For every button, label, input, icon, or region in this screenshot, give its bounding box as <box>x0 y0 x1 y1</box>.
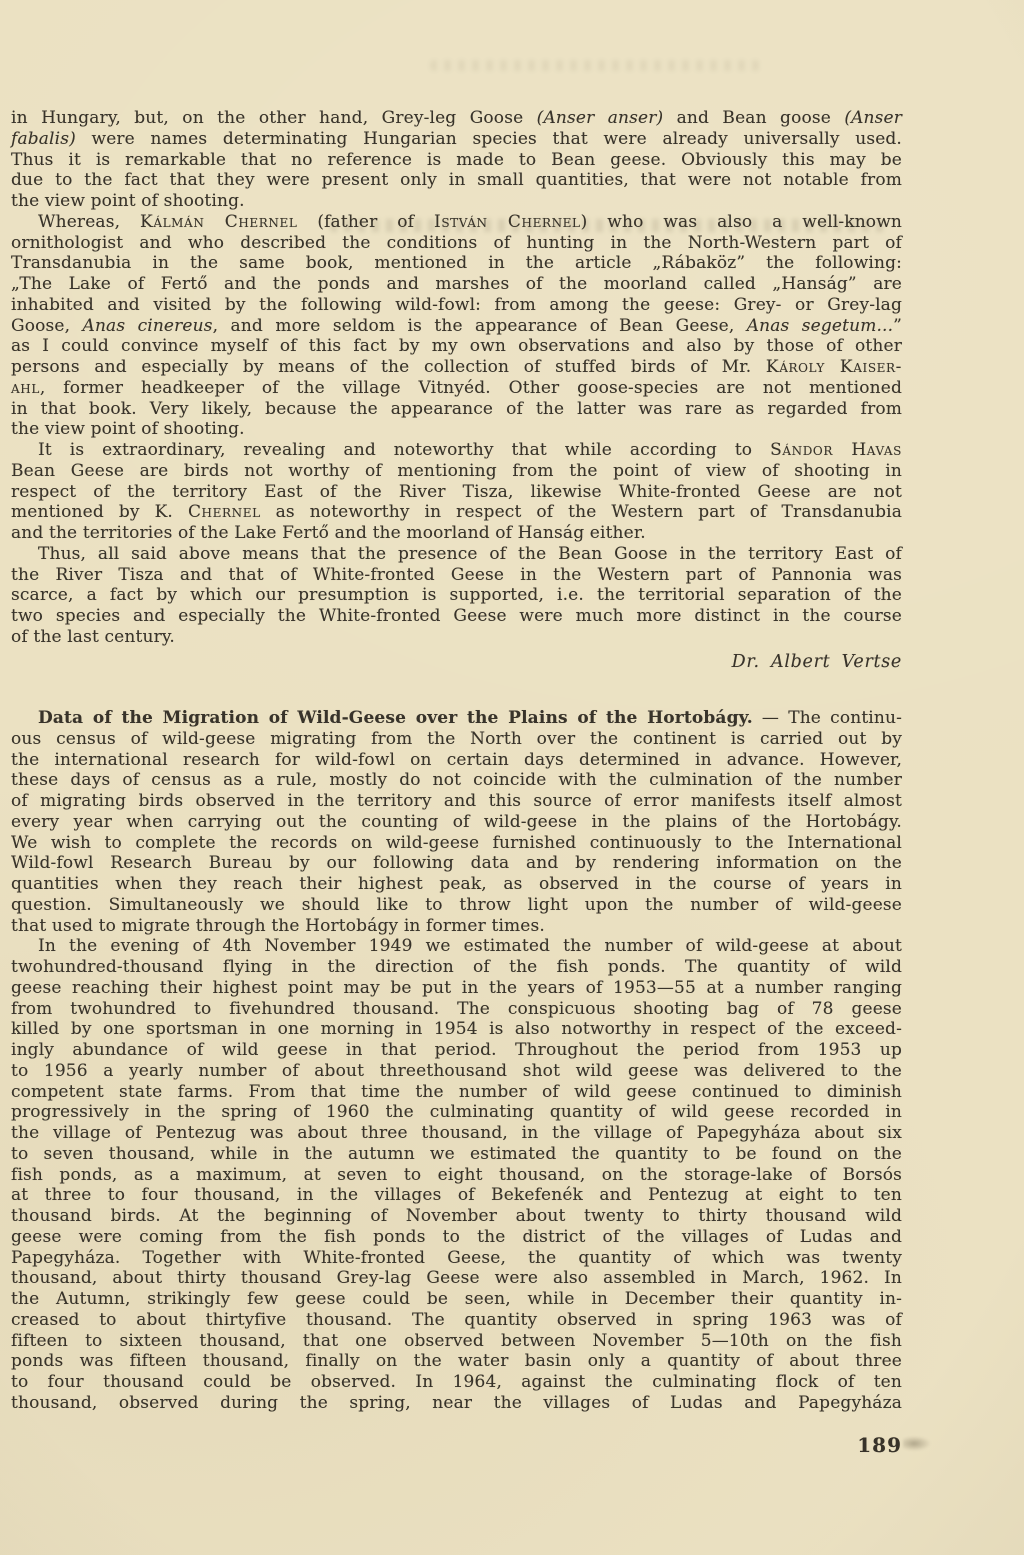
text-run: to seven thousand, while in the autumn w… <box>11 1144 902 1164</box>
text-line: fifteen to sixteen thousand, that one ob… <box>11 1331 902 1352</box>
text-line: Thus it is remarkable that no reference … <box>11 150 902 171</box>
text-line: ponds was fifteen thousand, finally on t… <box>11 1351 902 1372</box>
text-run: — The continu- <box>753 708 902 728</box>
text-line: inhabited and visited by the following w… <box>11 295 902 316</box>
text-run: progressively in the spring of 1960 the … <box>11 1102 902 1122</box>
text-line: ornithologist and who described the cond… <box>11 233 902 254</box>
text-run: of migrating birds observed in the terri… <box>11 791 902 811</box>
text-run: and Bean goose <box>663 108 844 128</box>
text-run: thousand, observed during the spring, ne… <box>11 1393 902 1413</box>
text-run: fabalis) <box>11 129 76 149</box>
show-through-artifact <box>430 60 760 71</box>
text-run: Anas cinereus <box>83 316 213 336</box>
text-line: persons and especially by means of the c… <box>11 357 902 378</box>
text-run: „The Lake of Fertő and the ponds and mar… <box>11 274 902 294</box>
text-run: , former headkeeper of the village Vitny… <box>40 378 902 398</box>
text-run: geese were coming from the fish ponds to… <box>11 1227 902 1247</box>
text-run: quantities when they reach their highest… <box>11 874 902 894</box>
text-run: in Hungary, but, on the other hand, Grey… <box>11 108 537 128</box>
text-run: (Anser anser) <box>537 108 664 128</box>
text-run: that used to migrate through the Hortobá… <box>11 916 545 936</box>
text-run: ” <box>893 316 902 336</box>
text-run: the Autumn, strikingly few geese could b… <box>11 1289 902 1309</box>
migration-article-text: Data of the Migration of Wild-Geese over… <box>11 708 902 1414</box>
text-line: respect of the territory East of the Riv… <box>11 482 902 503</box>
text-line: every year when carrying out the countin… <box>11 812 902 833</box>
text-run: as noteworthy in respect of the Western … <box>261 502 902 522</box>
text-line: due to the fact that they were present o… <box>11 170 902 191</box>
text-line: „The Lake of Fertő and the ponds and mar… <box>11 274 902 295</box>
text-line: thousand birds. At the beginning of Nove… <box>11 1206 902 1227</box>
text-run: We wish to complete the records on wild-… <box>11 833 902 853</box>
text-line: Goose, Anas cinereus, and more seldom is… <box>11 316 902 337</box>
text-line: the River Tisza and that of White-fronte… <box>11 565 902 586</box>
scanned-book-page: in Hungary, but, on the other hand, Grey… <box>0 0 1024 1555</box>
text-line: two species and especially the White-fro… <box>11 606 902 627</box>
text-line: thousand, about thirty thousand Grey-lag… <box>11 1268 902 1289</box>
text-run: as I could convince myself of this fact … <box>11 336 902 356</box>
ink-smudge-artifact <box>903 1436 931 1451</box>
text-line: these days of census as a rule, mostly d… <box>11 770 902 791</box>
text-run: It is extraordinary, revealing and notew… <box>38 440 770 460</box>
text-run: in that book. Very likely, because the a… <box>11 399 902 419</box>
text-run: István Chernel <box>434 212 581 232</box>
text-run: inhabited and visited by the following w… <box>11 295 902 315</box>
text-run: the River Tisza and that of White-fronte… <box>11 565 902 585</box>
text-run: every year when carrying out the countin… <box>11 812 902 832</box>
text-run: were names determinating Hungarian speci… <box>76 129 902 149</box>
text-run: Bean Geese are birds not worthy of menti… <box>11 461 902 481</box>
text-run: the view point of shooting. <box>11 191 245 211</box>
text-line: We wish to complete the records on wild-… <box>11 833 902 854</box>
text-run: ahl <box>11 378 40 398</box>
text-line: scarce, a fact by which our presumption … <box>11 585 902 606</box>
text-run: ) who was also a well-known <box>581 212 902 232</box>
text-run: respect of the territory East of the Riv… <box>11 482 902 502</box>
text-run: , and more seldom is the appearance of B… <box>213 316 747 336</box>
text-line: geese reaching their highest point may b… <box>11 978 902 999</box>
text-line: Bean Geese are birds not worthy of menti… <box>11 461 902 482</box>
text-run: at three to four thousand, in the villag… <box>11 1185 902 1205</box>
text-run: ponds was fifteen thousand, finally on t… <box>11 1351 902 1371</box>
text-line: the view point of shooting. <box>11 419 902 440</box>
text-run: mentioned by K. <box>11 502 188 522</box>
text-line: fabalis) were names determinating Hungar… <box>11 129 902 150</box>
text-run: to 1956 a yearly number of about threeth… <box>11 1061 902 1081</box>
text-run: the village of Pentezug was about three … <box>11 1123 902 1143</box>
text-line: from twohundred to fivehundred thousand.… <box>11 999 902 1020</box>
text-run: from twohundred to fivehundred thousand.… <box>11 999 902 1019</box>
text-run: Data of the Migration of Wild-Geese over… <box>38 708 753 728</box>
text-run: Chernel <box>188 502 261 522</box>
text-line: Thus, all said above means that the pres… <box>11 544 902 565</box>
text-run: thousand birds. At the beginning of Nove… <box>11 1206 902 1226</box>
text-run: question. Simultaneously we should like … <box>11 895 902 915</box>
text-line: Wild-fowl Research Bureau by our followi… <box>11 853 902 874</box>
text-run: the view point of shooting. <box>11 419 245 439</box>
text-run: (father of <box>297 212 434 232</box>
text-run: competent state farms. From that time th… <box>11 1082 902 1102</box>
text-run: Károly Kaiser- <box>766 357 902 377</box>
text-run: ous census of wild-geese migrating from … <box>11 729 902 749</box>
text-run: two species and especially the White-fro… <box>11 606 902 626</box>
text-line: to seven thousand, while in the autumn w… <box>11 1144 902 1165</box>
text-run: Kálmán Chernel <box>140 212 297 232</box>
text-line: mentioned by K. Chernel as noteworthy in… <box>11 502 902 523</box>
text-line: at three to four thousand, in the villag… <box>11 1185 902 1206</box>
text-line: geese were coming from the fish ponds to… <box>11 1227 902 1248</box>
text-line: It is extraordinary, revealing and notew… <box>11 440 902 461</box>
text-line: ous census of wild-geese migrating from … <box>11 729 902 750</box>
text-run: killed by one sportsman in one morning i… <box>11 1019 902 1039</box>
text-run: Thus it is remarkable that no reference … <box>11 150 902 170</box>
page-number: 189 <box>857 1432 902 1458</box>
text-line: question. Simultaneously we should like … <box>11 895 902 916</box>
text-line: fish ponds, as a maximum, at seven to ei… <box>11 1165 902 1186</box>
text-line: In the evening of 4th November 1949 we e… <box>11 936 902 957</box>
text-line: twohundred-thousand flying in the direct… <box>11 957 902 978</box>
text-line: of migrating birds observed in the terri… <box>11 791 902 812</box>
text-run: due to the fact that they were present o… <box>11 170 902 190</box>
text-run: to four thousand could be observed. In 1… <box>11 1372 902 1392</box>
text-run: (Anser <box>844 108 902 128</box>
text-run: ornithologist and who described the cond… <box>11 233 902 253</box>
text-run: fifteen to sixteen thousand, that one ob… <box>11 1331 902 1351</box>
text-line: Papegyháza. Together with White-fronted … <box>11 1248 902 1269</box>
text-run: scarce, a fact by which our presumption … <box>11 585 902 605</box>
text-run: Thus, all said above means that the pres… <box>38 544 902 564</box>
text-run: Goose, <box>11 316 83 336</box>
text-line: to 1956 a yearly number of about threeth… <box>11 1061 902 1082</box>
text-run: the international research for wild-fowl… <box>11 750 902 770</box>
text-run: persons and especially by means of the c… <box>11 357 766 377</box>
text-run: In the evening of 4th November 1949 we e… <box>38 936 902 956</box>
author-signature: Dr. Albert Vertse <box>11 652 902 673</box>
text-run: creased to about thirtyfive thousand. Th… <box>11 1310 902 1330</box>
text-run: of the last century. <box>11 627 175 647</box>
text-line: as I could convince myself of this fact … <box>11 336 902 357</box>
text-line: the international research for wild-fowl… <box>11 750 902 771</box>
text-line: progressively in the spring of 1960 the … <box>11 1102 902 1123</box>
text-line: Whereas, Kálmán Chernel (father of Istvá… <box>11 212 902 233</box>
text-line: competent state farms. From that time th… <box>11 1082 902 1103</box>
text-run: Anas segetum... <box>747 316 893 336</box>
text-line: Transdanubia in the same book, mentioned… <box>11 253 902 274</box>
text-run: geese reaching their highest point may b… <box>11 978 902 998</box>
text-run: these days of census as a rule, mostly d… <box>11 770 902 790</box>
text-line: the view point of shooting. <box>11 191 902 212</box>
text-line: Data of the Migration of Wild-Geese over… <box>11 708 902 729</box>
grey-goose-article-text: in Hungary, but, on the other hand, Grey… <box>11 108 902 648</box>
text-line: the Autumn, strikingly few geese could b… <box>11 1289 902 1310</box>
text-line: to four thousand could be observed. In 1… <box>11 1372 902 1393</box>
text-run: twohundred-thousand flying in the direct… <box>11 957 902 977</box>
text-line: and the territories of the Lake Fertő an… <box>11 523 902 544</box>
text-run: Papegyháza. Together with White-fronted … <box>11 1248 902 1268</box>
text-run: and the territories of the Lake Fertő an… <box>11 523 646 543</box>
text-line: of the last century. <box>11 627 902 648</box>
text-line: ahl, former headkeeper of the village Vi… <box>11 378 902 399</box>
text-line: in Hungary, but, on the other hand, Grey… <box>11 108 902 129</box>
text-line: in that book. Very likely, because the a… <box>11 399 902 420</box>
text-line: the village of Pentezug was about three … <box>11 1123 902 1144</box>
text-run: thousand, about thirty thousand Grey-lag… <box>11 1268 902 1288</box>
text-line: thousand, observed during the spring, ne… <box>11 1393 902 1414</box>
text-run: fish ponds, as a maximum, at seven to ei… <box>11 1165 902 1185</box>
text-run: ingly abundance of wild geese in that pe… <box>11 1040 902 1060</box>
text-run: Sándor Havas <box>770 440 902 460</box>
text-run: Whereas, <box>38 212 140 232</box>
text-run: Wild-fowl Research Bureau by our followi… <box>11 853 902 873</box>
text-line: creased to about thirtyfive thousand. Th… <box>11 1310 902 1331</box>
text-line: killed by one sportsman in one morning i… <box>11 1019 902 1040</box>
text-line: that used to migrate through the Hortobá… <box>11 916 902 937</box>
text-run: Transdanubia in the same book, mentioned… <box>11 253 902 273</box>
text-line: ingly abundance of wild geese in that pe… <box>11 1040 902 1061</box>
text-line: quantities when they reach their highest… <box>11 874 902 895</box>
